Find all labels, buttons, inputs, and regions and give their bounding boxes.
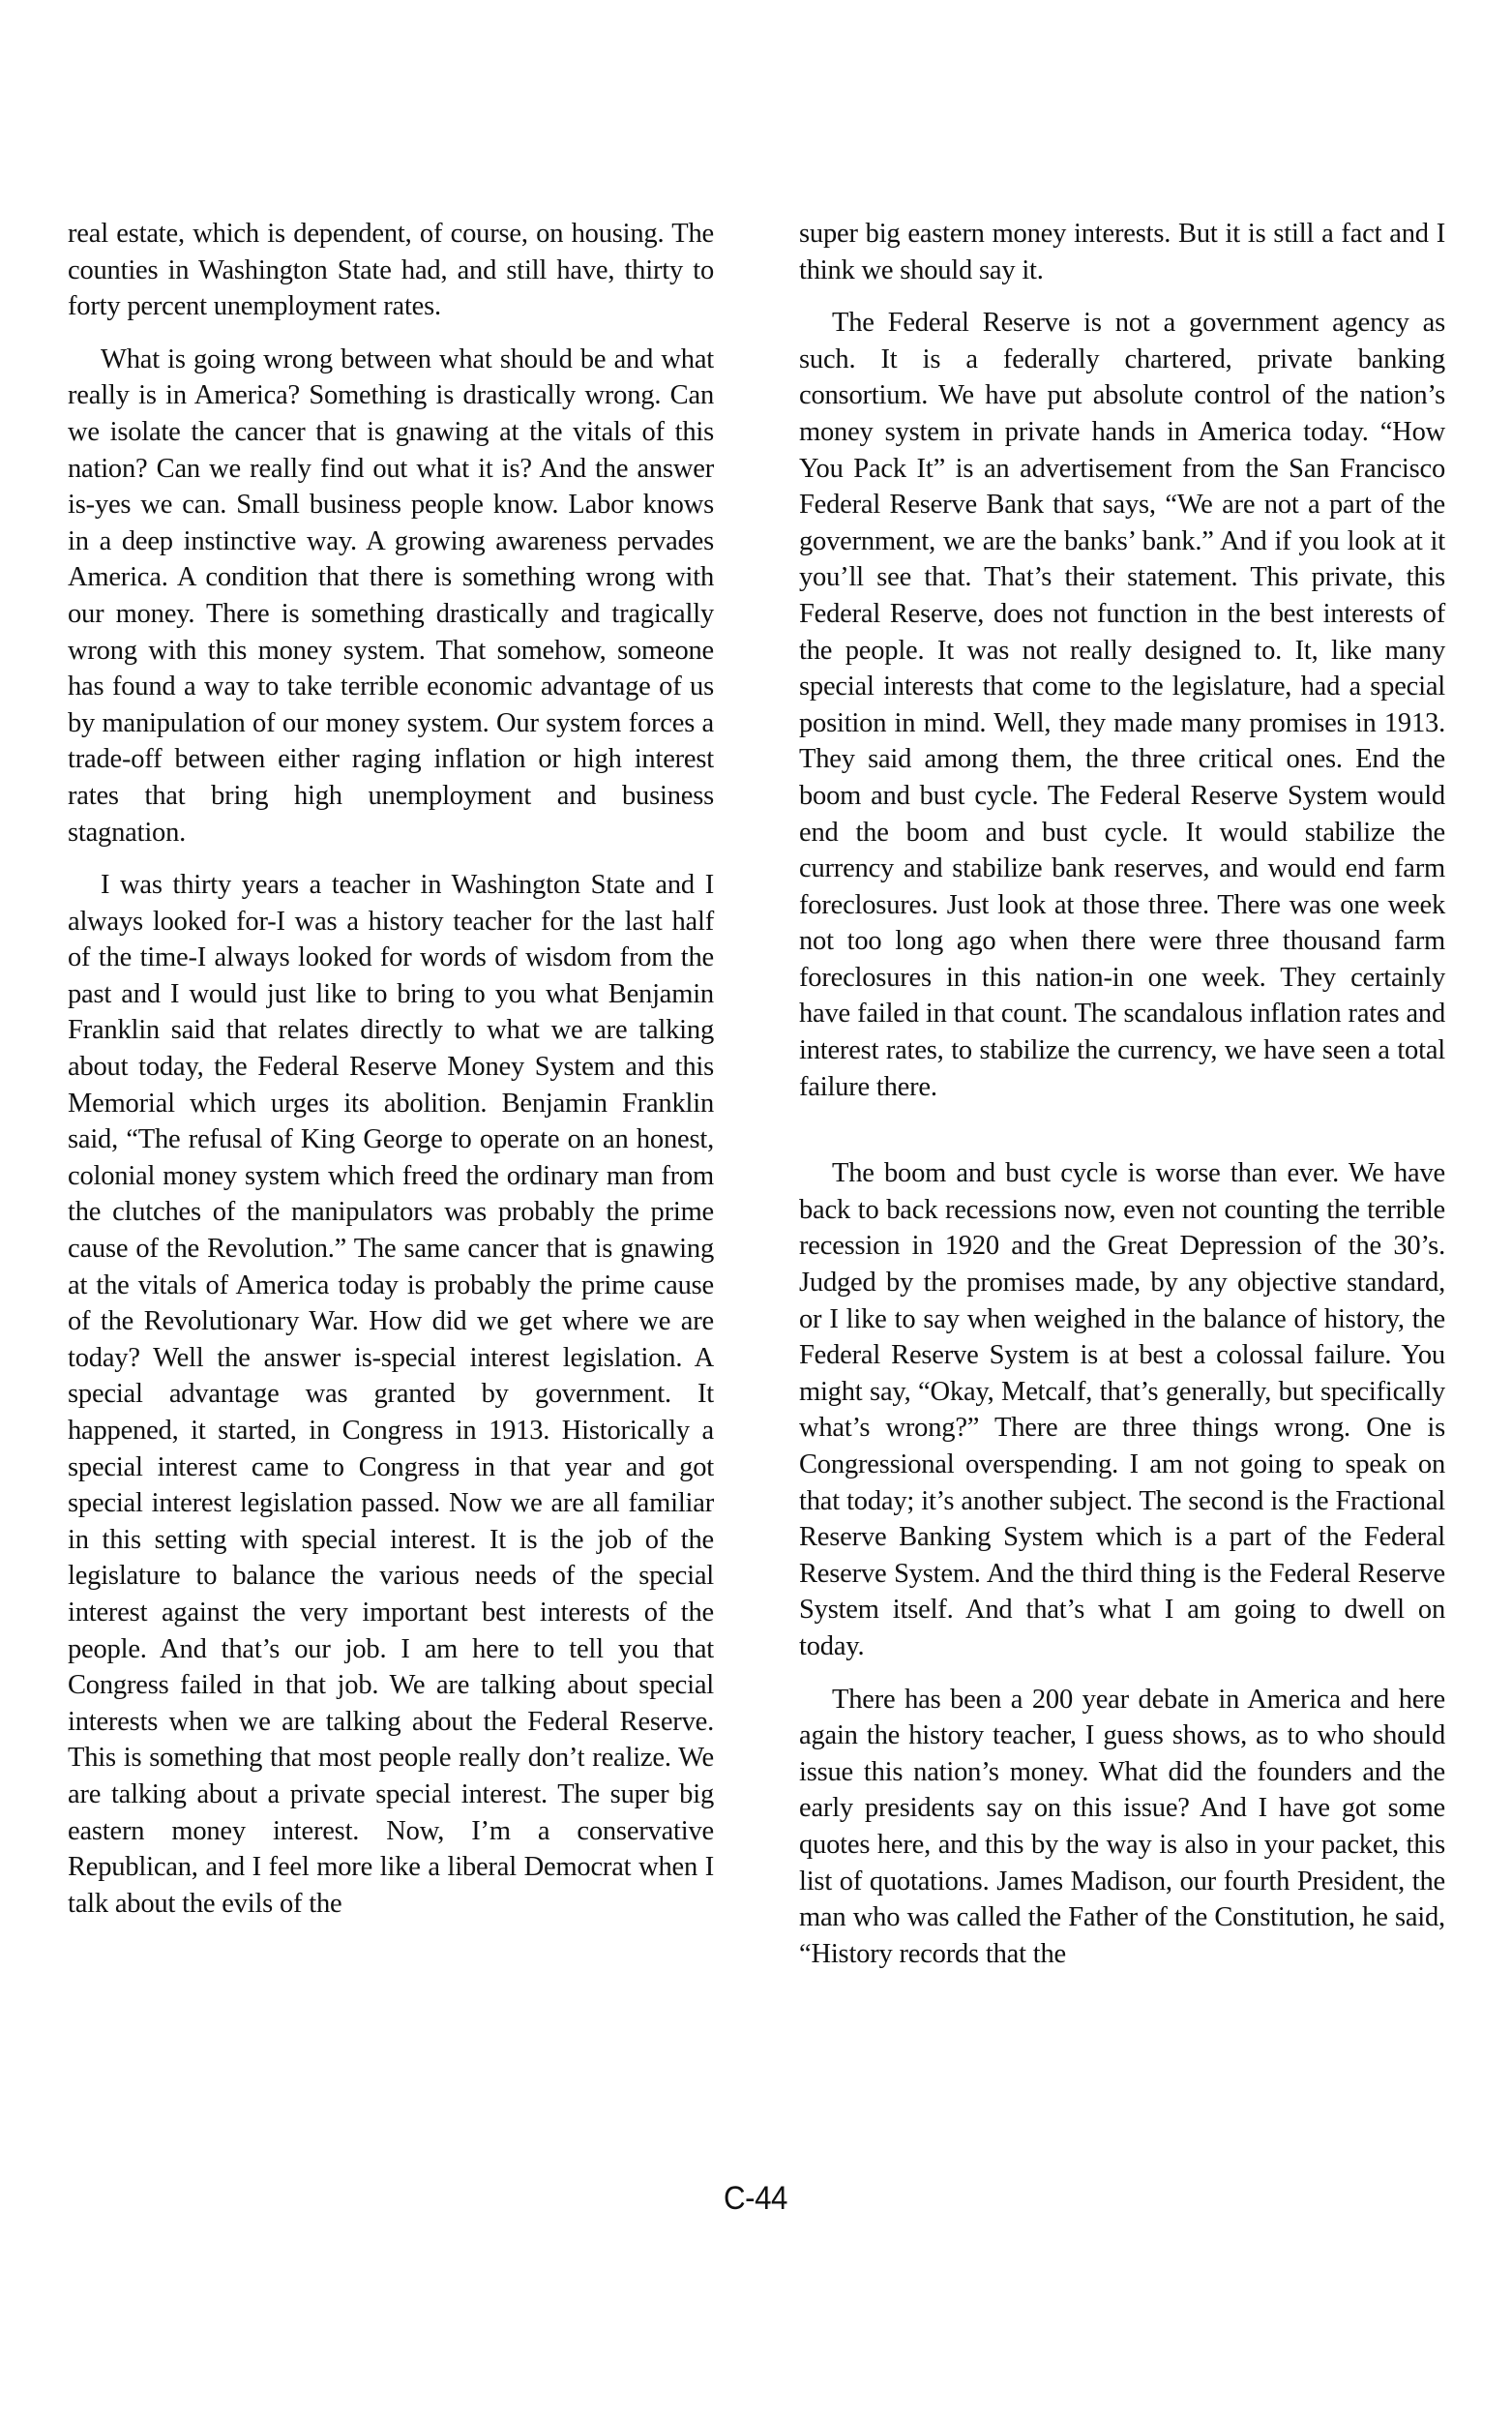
left-paragraph-1-continuation: real estate, which is dependent, of cour… (68, 216, 714, 325)
right-paragraph-1-continuation: super big eastern money interests. But i… (799, 216, 1445, 288)
document-page: real estate, which is dependent, of cour… (0, 0, 1512, 2419)
right-paragraph-2-federal-reserve-private: The Federal Reserve is not a government … (799, 305, 1445, 1105)
left-column: real estate, which is dependent, of cour… (68, 216, 714, 1922)
right-column: super big eastern money interests. But i… (799, 216, 1445, 1972)
page-number: C-44 (724, 2180, 787, 2218)
left-paragraph-2-whats-going-wrong: What is going wrong between what should … (68, 342, 714, 851)
right-paragraph-4-200-year-debate: There has been a 200 year debate in Amer… (799, 1682, 1445, 1973)
right-paragraph-3-boom-bust: The boom and bust cycle is worse than ev… (799, 1155, 1445, 1664)
left-paragraph-3-franklin-quote: I was thirty years a teacher in Washingt… (68, 867, 714, 1922)
